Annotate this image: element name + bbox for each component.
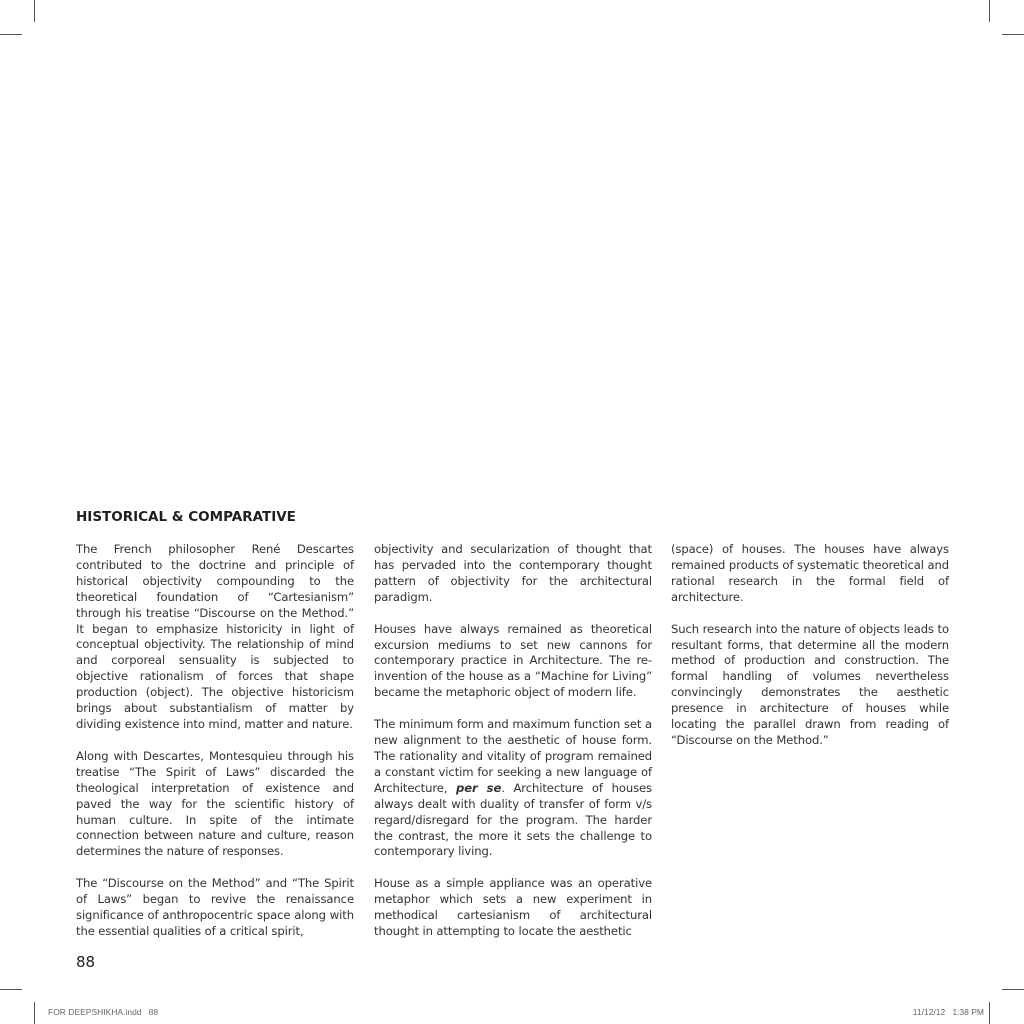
section-heading: HISTORICAL & COMPARATIVE (76, 509, 296, 525)
paragraph: House as a simple appliance was an opera… (374, 876, 652, 940)
paragraph: (space) of houses. The houses have alway… (671, 542, 949, 606)
crop-mark-bottom-right-horizontal (1002, 989, 1024, 990)
crop-mark-top-left-vertical (34, 0, 35, 22)
text-column-3: (space) of houses. The houses have alway… (671, 542, 949, 765)
slug-timestamp: 11/12/12 1:38 PM (913, 1007, 984, 1017)
page-number: 88 (76, 953, 95, 971)
crop-mark-bottom-left-vertical (34, 1002, 35, 1024)
paragraph: The French philosopher René Descartes co… (76, 542, 354, 733)
slug-filename: FOR DEEPSHIKHA.indd 88 (48, 1007, 158, 1017)
paragraph: Along with Descartes, Montesquieu throug… (76, 749, 354, 860)
crop-mark-bottom-left-horizontal (0, 989, 22, 990)
crop-mark-bottom-right-vertical (989, 1002, 990, 1024)
paragraph: Houses have always remained as theoretic… (374, 622, 652, 702)
text-column-1: The French philosopher René Descartes co… (76, 542, 354, 956)
crop-mark-top-right-vertical (989, 0, 990, 22)
crop-mark-top-left-horizontal (0, 34, 22, 35)
emphasis-per-se: per se (456, 781, 501, 795)
paragraph: The minimum form and maximum function se… (374, 717, 652, 860)
crop-mark-top-right-horizontal (1002, 34, 1024, 35)
text-column-2: objectivity and secularization of though… (374, 542, 652, 956)
paragraph: The “Discourse on the Method” and “The S… (76, 876, 354, 940)
paragraph: Such research into the nature of objects… (671, 622, 949, 749)
paragraph: objectivity and secularization of though… (374, 542, 652, 606)
